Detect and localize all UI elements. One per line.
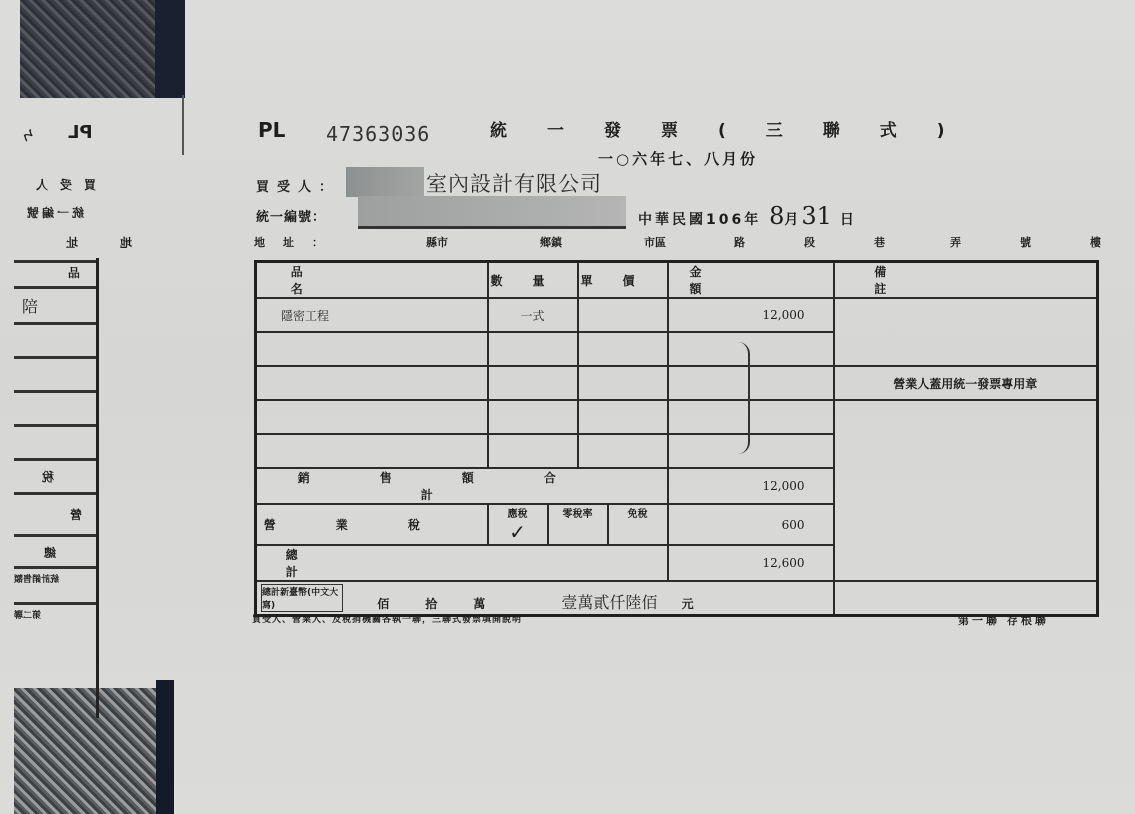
stub-copy-label: 第二聯 bbox=[14, 608, 41, 621]
seal-area bbox=[834, 400, 1098, 581]
date-month: 8 bbox=[769, 202, 784, 230]
subtotal-value: 12,000 bbox=[668, 468, 834, 504]
line-item-row bbox=[256, 400, 1098, 434]
previous-invoice-stub: PL ㄣ 買受人 統一編號 地址 品 陪 稅 營 總 統計銷售額 第二聯 bbox=[14, 110, 100, 630]
buyer-name-handwritten: 室內設計有限公司 bbox=[426, 168, 602, 198]
tax-value: 600 bbox=[668, 504, 834, 545]
stub-taxid-label: 統一編號 bbox=[24, 204, 84, 221]
invoice-number: 47363036 bbox=[326, 122, 430, 146]
invoice-date: 中華民國106年 8月31 日 bbox=[638, 202, 857, 230]
words-unit-yuan: 元 bbox=[682, 597, 694, 611]
tax-type-zero-rated: 零稅率 bbox=[547, 505, 607, 544]
invoice: PL 47363036 統一發票(三聯式) 一○六年七、八月份 買受人： 室內設… bbox=[250, 110, 1110, 640]
address-token: 路 bbox=[734, 234, 745, 250]
total-label: 總計 bbox=[256, 545, 668, 581]
address-token: 市區 bbox=[644, 234, 666, 250]
date-day: 31 bbox=[801, 202, 832, 230]
date-prefix: 中華民國106年 bbox=[638, 212, 761, 228]
date-month-unit: 月 bbox=[784, 212, 801, 228]
tax-type-options: 應稅✓ 零稅率 免稅 bbox=[488, 504, 668, 545]
line-item-name: 隱密工程 bbox=[256, 298, 488, 332]
line-item-unit-price bbox=[578, 298, 668, 332]
address-token: 巷 bbox=[874, 234, 885, 250]
address-token: 縣市 bbox=[426, 234, 448, 250]
photo-background: PL ㄣ 買受人 統一編號 地址 品 陪 稅 營 總 統計銷售額 第二聯 PL … bbox=[0, 0, 1135, 814]
address-token: 樓 bbox=[1090, 234, 1101, 250]
address-token: 號 bbox=[1020, 234, 1031, 250]
col-quantity: 數量 bbox=[488, 262, 578, 299]
amount-in-words: 總計新臺幣(中文大寫) 佰拾萬 壹萬貳仟陸佰 元 bbox=[256, 581, 834, 616]
notes-blank bbox=[834, 298, 1098, 366]
divider-line bbox=[182, 95, 184, 155]
stub-words-label: 統計銷售額 bbox=[14, 572, 59, 585]
line-item-row: 隱密工程 一式 12,000 bbox=[256, 298, 1098, 332]
address-token: 鄉鎮 bbox=[540, 234, 562, 250]
header-row: 品名 數量 單價 金額 備註 bbox=[256, 262, 1098, 299]
tax-id-redaction bbox=[358, 196, 626, 229]
footer-note: 買受人、營業人、及稅捐機關各執一聯，三聯式發票填開說明 bbox=[252, 612, 522, 625]
col-amount: 金額 bbox=[668, 262, 834, 299]
amount-in-words-row: 總計新臺幣(中文大寫) 佰拾萬 壹萬貳仟陸佰 元 bbox=[256, 581, 1098, 616]
track-code: PL bbox=[258, 118, 285, 142]
redacted-region-top-left bbox=[20, 0, 185, 98]
tax-type-exempt: 免稅 bbox=[607, 505, 667, 544]
stub-business-label: 營 bbox=[70, 506, 82, 523]
words-label: 總計新臺幣(中文大寫) bbox=[261, 584, 343, 612]
stub-fragment: ㄣ bbox=[20, 122, 36, 145]
address-label: 地址： bbox=[254, 234, 341, 250]
date-day-unit: 日 bbox=[840, 212, 857, 228]
buyer-label: 買受人： bbox=[256, 176, 340, 195]
stub-total-label: 總 bbox=[44, 544, 56, 561]
copy-label: 第一聯 存根聯 bbox=[958, 612, 1049, 628]
address-token: 弄 bbox=[950, 234, 961, 250]
total-value: 12,600 bbox=[668, 545, 834, 581]
col-unit-price: 單價 bbox=[578, 262, 668, 299]
address-token: 段 bbox=[804, 234, 815, 250]
redacted-region-bottom-left bbox=[14, 688, 174, 814]
buyer-redaction bbox=[346, 167, 424, 197]
stub-handwriting: 陪 bbox=[22, 294, 38, 317]
words-units: 佰拾萬 bbox=[377, 597, 561, 611]
invoice-title: 統一發票(三聯式) bbox=[490, 116, 985, 141]
invoice-period: 一○六年七、八月份 bbox=[598, 148, 758, 169]
check-mark-icon: ✓ bbox=[509, 520, 526, 544]
line-item-amount: 12,000 bbox=[668, 298, 834, 332]
tax-id-label: 統一編號： bbox=[256, 206, 326, 225]
subtotal-label: 銷售額合計 bbox=[256, 468, 668, 504]
tax-label: 營業稅 bbox=[256, 504, 488, 545]
words-handwritten: 壹萬貳仟陸佰 bbox=[561, 593, 657, 612]
stub-item-label: 品 bbox=[68, 264, 80, 281]
line-item-row: 營業人蓋用統一發票專用章 bbox=[256, 366, 1098, 400]
stub-tax-label: 稅 bbox=[42, 468, 54, 485]
col-notes: 備註 bbox=[834, 262, 1098, 299]
invoice-table: 品名 數量 單價 金額 備註 隱密工程 一式 12,000 營業人蓋用統一發票專… bbox=[254, 260, 1099, 617]
handwritten-bracket bbox=[728, 342, 750, 454]
stub-address-label: 地址 bbox=[24, 234, 132, 251]
seal-notice: 營業人蓋用統一發票專用章 bbox=[834, 366, 1098, 400]
tax-type-taxable: 應稅✓ bbox=[489, 505, 547, 544]
stub-buyer-label: 買受人 bbox=[24, 176, 96, 193]
col-item: 品名 bbox=[256, 262, 488, 299]
line-item-quantity: 一式 bbox=[488, 298, 578, 332]
stub-track-code: PL bbox=[68, 122, 93, 143]
